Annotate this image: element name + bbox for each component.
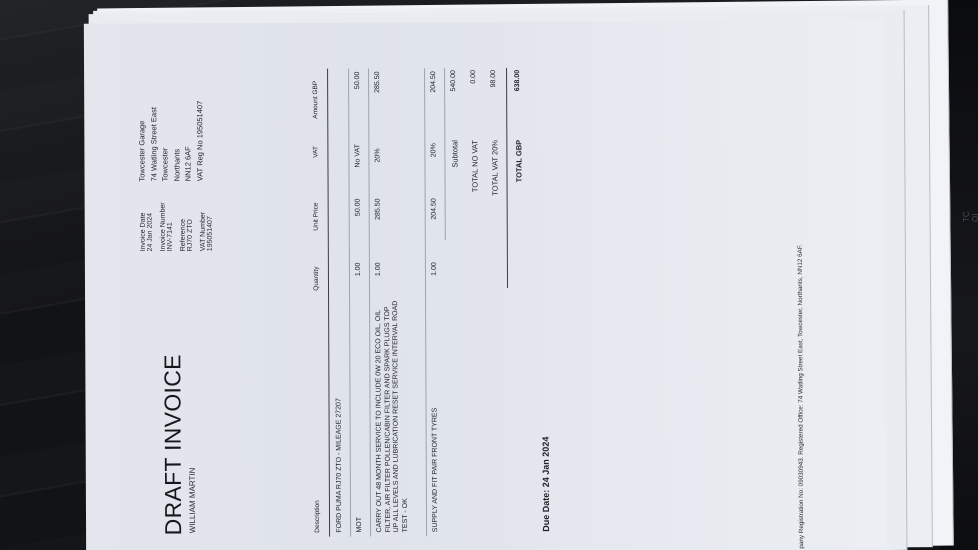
client-name: WILLIAM MARTIN xyxy=(188,468,197,534)
row-description: MOT xyxy=(356,517,363,533)
total-vat-label: TOTAL VAT 20% xyxy=(490,140,499,250)
row-vat: No VAT xyxy=(354,144,361,167)
col-header-quantity: Quantity xyxy=(313,267,320,291)
seat-label: TC OI xyxy=(962,206,978,222)
subtotal-label: Subtotal xyxy=(450,140,459,250)
col-header-description: Description xyxy=(314,500,321,533)
col-header-amount: Amount GBP xyxy=(312,81,319,119)
total-no-vat-label: TOTAL NO VAT xyxy=(470,140,479,250)
row-quantity: 1.00 xyxy=(355,263,362,293)
row-quantity: 1.00 xyxy=(375,262,382,292)
row-description: SUPPLY AND FIT PAIR FRONT TYRES xyxy=(432,408,440,533)
invoice-document: DRAFT INVOICE WILLIAM MARTIN Invoice Dat… xyxy=(84,20,886,550)
address-line: Towcester xyxy=(159,101,171,182)
meta-value: 24 Jan 2024 xyxy=(147,202,154,251)
grand-total-label: TOTAL GBP xyxy=(514,140,523,250)
address-line: Northants xyxy=(171,101,183,182)
vehicle-section-title: FORD PUMA RJ70 ZTO - MILEAGE 27207 xyxy=(335,398,343,532)
row-divider xyxy=(348,69,351,537)
header-rule xyxy=(327,69,330,537)
row-amount: 204.50 xyxy=(430,71,437,105)
subtotal-value: 540.00 xyxy=(450,70,457,110)
invoice-title: DRAFT INVOICE xyxy=(159,354,187,535)
seller-address: Towcester Garage 74 Watling Street East … xyxy=(136,101,205,182)
total-vat-value: 98.00 xyxy=(490,70,497,110)
row-unit-price: 204.50 xyxy=(431,198,438,232)
invoice-meta: Invoice Date 24 Jan 2024 Invoice Number … xyxy=(140,202,214,251)
meta-reference: Reference RJ70 ZTO xyxy=(180,202,194,251)
address-line: NN12 6AF xyxy=(182,101,194,182)
meta-invoice-date: Invoice Date 24 Jan 2024 xyxy=(140,202,154,251)
meta-invoice-number: Invoice Number INV-7141 xyxy=(160,202,174,251)
due-date: Due Date: 24 Jan 2024 xyxy=(541,437,551,532)
invoice-paper: DRAFT INVOICE WILLIAM MARTIN Invoice Dat… xyxy=(84,20,886,550)
row-vat: 20% xyxy=(374,148,381,162)
row-quantity: 1.00 xyxy=(431,262,438,292)
meta-value: RJ70 ZTO xyxy=(187,202,194,251)
row-vat: 20% xyxy=(430,143,437,157)
meta-value: INV-7141 xyxy=(167,202,174,251)
row-unit-price: 285.50 xyxy=(375,198,382,232)
row-divider xyxy=(424,68,427,536)
address-line: VAT Reg No 195051407 xyxy=(194,101,206,182)
row-unit-price: 50.00 xyxy=(355,199,362,233)
col-header-vat: VAT xyxy=(312,146,319,158)
grand-total-value: 638.00 xyxy=(514,70,521,110)
company-registration-footer: pany Registration No: 09030943. Register… xyxy=(797,244,805,548)
col-header-unit-price: Unit Price xyxy=(313,203,320,231)
total-no-vat-value: 0.00 xyxy=(470,70,477,110)
address-line: 74 Watling Street East xyxy=(148,101,160,182)
row-divider xyxy=(444,68,446,240)
row-amount: 285.50 xyxy=(374,71,381,105)
grand-total-rule xyxy=(506,68,508,288)
address-line: Towcester Garage xyxy=(136,101,148,182)
row-amount: 50.00 xyxy=(354,72,361,106)
meta-value: 195051407 xyxy=(207,202,214,251)
row-description: CARRY OUT 48 MONTH SERVICE TO INCLUDE 0W… xyxy=(375,297,410,532)
meta-vat-number: VAT Number 195051407 xyxy=(200,202,214,251)
row-divider xyxy=(368,69,371,537)
